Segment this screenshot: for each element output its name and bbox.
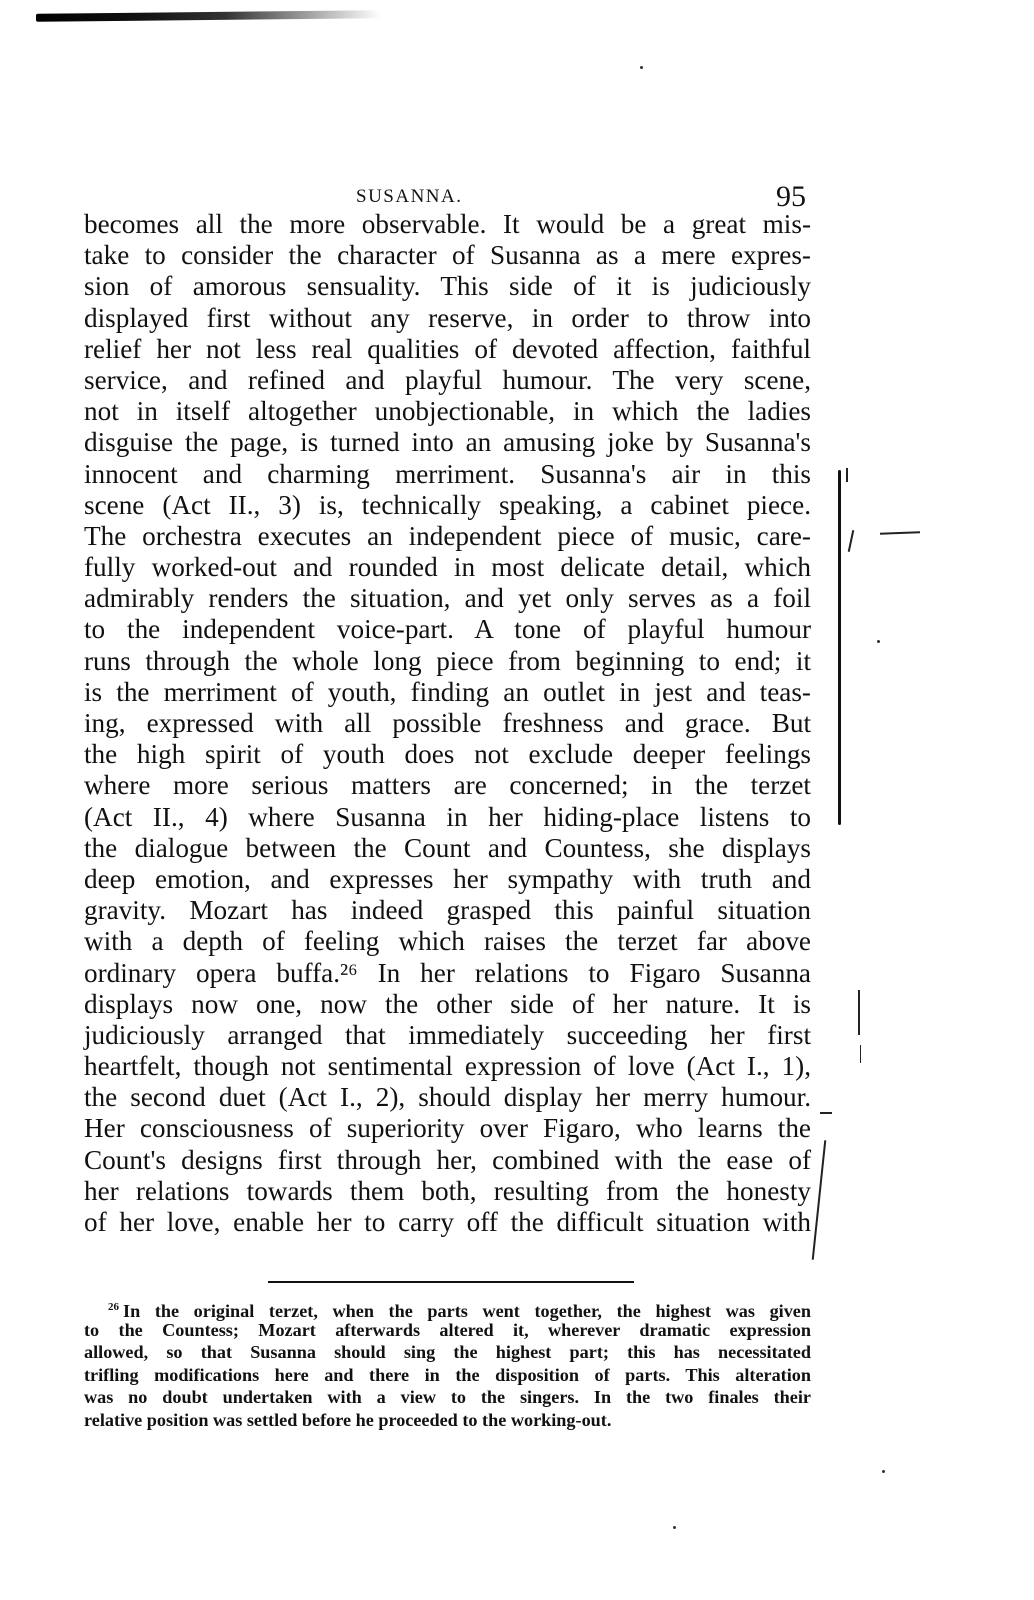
- text-line: her relations towards them both, resulti…: [84, 1176, 811, 1207]
- footnote-marker: 26: [108, 1301, 119, 1313]
- text-line: Her consciousness of superiority over Fi…: [84, 1113, 811, 1144]
- text-line: fully worked-out and rounded in most del…: [84, 552, 811, 583]
- text-line: take to consider the character of Susann…: [84, 240, 811, 271]
- text-line: displays now one, now the other side of …: [84, 989, 811, 1020]
- text-line: gravity. Mozart has indeed grasped this …: [84, 895, 811, 926]
- text-line: where more serious matters are concerned…: [84, 770, 811, 801]
- text-line: deep emotion, and expresses her sympathy…: [84, 864, 811, 895]
- text-line: disguise the page, is turned into an amu…: [84, 427, 811, 458]
- margin-annotation-line: [812, 1140, 827, 1260]
- text-line: ordinary opera buffa.²⁶ In her relations…: [84, 958, 811, 989]
- footnote-line: was no doubt undertaken with a view to t…: [84, 1386, 811, 1409]
- margin-annotation-dash: [880, 531, 920, 534]
- margin-annotation-dash: [820, 1112, 832, 1114]
- text-line: service, and refined and playful humour.…: [84, 365, 811, 396]
- margin-annotation-stroke: [848, 530, 855, 552]
- text-line: sion of amorous sensuality. This side of…: [84, 271, 811, 302]
- running-head: SUSANNA.: [356, 186, 463, 208]
- text-line: becomes all the more observable. It woul…: [84, 209, 811, 240]
- text-line: (Act II., 4) where Susanna in her hiding…: [84, 802, 811, 833]
- text-line: relief her not less real qualities of de…: [84, 334, 811, 365]
- text-line: is the merriment of youth, finding an ou…: [84, 677, 811, 708]
- text-line: to the independent voice-part. A tone of…: [84, 614, 811, 645]
- scan-speck: [640, 66, 643, 69]
- text-line: admirably renders the situation, and yet…: [84, 583, 811, 614]
- margin-annotation-line: [858, 990, 860, 1035]
- footnote: 26In the original terzet, when the parts…: [84, 1296, 811, 1432]
- text-line: The orchestra executes an independent pi…: [84, 521, 811, 552]
- scan-artifact-smudge: [36, 10, 381, 22]
- text-line: runs through the whole long piece from b…: [84, 646, 811, 677]
- text-line: not in itself altogether unobjectionable…: [84, 396, 811, 427]
- margin-annotation-line: [838, 470, 841, 825]
- body-text: becomes all the more observable. It woul…: [84, 209, 811, 1238]
- text-line: of her love, enable her to carry off the…: [84, 1207, 811, 1238]
- text-line: judiciously arranged that immediately su…: [84, 1020, 811, 1051]
- scan-speck: [673, 1526, 676, 1529]
- scan-speck: [882, 1470, 885, 1473]
- footnote-line: 26In the original terzet, when the parts…: [84, 1296, 811, 1319]
- footnote-line: trifling modifications here and there in…: [84, 1364, 811, 1387]
- footnote-line: allowed, so that Susanna should sing the…: [84, 1341, 811, 1364]
- text-line: with a depth of feeling which raises the…: [84, 926, 811, 957]
- text-line: innocent and charming merriment. Susanna…: [84, 459, 811, 490]
- footnote-line: relative position was settled before he …: [84, 1409, 811, 1432]
- footnote-line: to the Countess; Mozart afterwards alter…: [84, 1319, 811, 1342]
- text-line: Count's designs first through her, combi…: [84, 1145, 811, 1176]
- text-line: the high spirit of youth does not exclud…: [84, 739, 811, 770]
- text-line: displayed first without any reserve, in …: [84, 303, 811, 334]
- margin-annotation-tick: [846, 468, 848, 482]
- text-line: ing, expressed with all possible freshne…: [84, 708, 811, 739]
- text-line: heartfelt, though not sentimental expres…: [84, 1051, 811, 1082]
- text-line: scene (Act II., 3) is, technically speak…: [84, 490, 811, 521]
- scan-speck: [877, 640, 880, 643]
- text-line: the second duet (Act I., 2), should disp…: [84, 1082, 811, 1113]
- footnote-rule: [268, 1281, 634, 1283]
- margin-annotation-line: [860, 1045, 861, 1063]
- text-line: the dialogue between the Count and Count…: [84, 833, 811, 864]
